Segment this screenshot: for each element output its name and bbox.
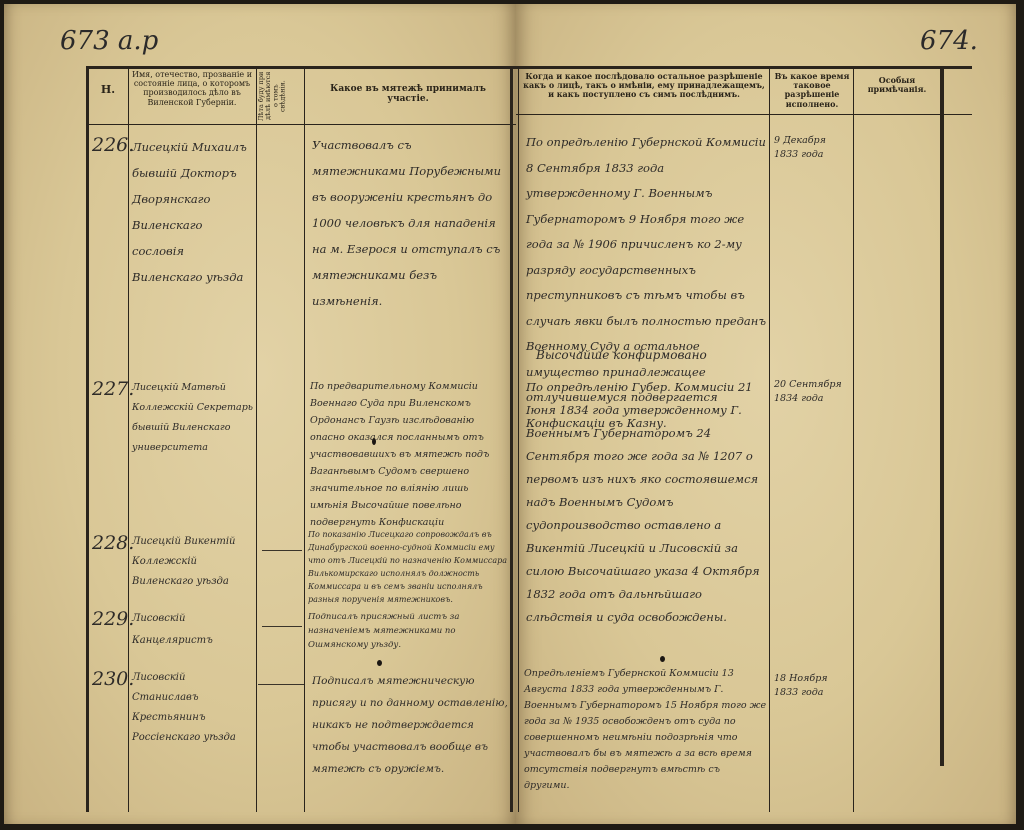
dash-mark: [262, 550, 302, 551]
header-notes: Особыя примѣчанія.: [856, 76, 938, 94]
entry-participation: По предварительному Коммисіи Военнаго Су…: [310, 378, 508, 531]
folio-right: 674.: [920, 26, 978, 56]
entry-number: 227.: [92, 378, 134, 400]
header-resolution: Когда и какое послѣдовало остальное разр…: [520, 72, 768, 100]
column-rule: [128, 66, 129, 812]
header-rotated-info: Лѣта буду при дѣлѣ имѣются о томъ свѣдѣн…: [258, 70, 302, 122]
header-top-rule: [516, 66, 972, 69]
entry-name: Лисецкій Михаилъ бывшій Докторъ Дворянск…: [132, 134, 254, 290]
column-rule: [304, 66, 305, 812]
header-bottom-rule: [86, 124, 516, 125]
header-participation: Какое въ мятежѣ принималъ участіе.: [308, 84, 508, 105]
header-executed: Въ какое время таковое разрѣшеніе исполн…: [772, 72, 852, 109]
entry-name: Лисецкій Матвѣй Коллежскій Секретарь быв…: [132, 378, 254, 458]
header-name: Имя, отечество, прозваніе и состояніе ли…: [130, 70, 254, 107]
folio-left: 673 a.p: [60, 26, 158, 56]
dash-mark: [262, 626, 302, 627]
entry-executed: 18 Ноября 1833 года: [774, 672, 852, 700]
entry-number: 229.: [92, 608, 134, 630]
header-bottom-rule: [516, 114, 972, 115]
entry-confirmation: Высочайше конфирмовано: [536, 342, 766, 368]
column-rule: [940, 66, 944, 766]
entry-participation: Участвовалъ съ мятежниками Порубежными в…: [312, 132, 508, 314]
entry-name: Лисецкій Викентій Коллежскій Виленскаго …: [132, 532, 254, 592]
header-number: Н.: [90, 84, 126, 97]
ink-spot: [377, 660, 382, 666]
entry-executed: 9 Декабря 1833 года: [774, 134, 852, 162]
column-rule: [256, 66, 257, 812]
ink-spot: [660, 656, 665, 662]
entry-number: 228.: [92, 532, 134, 554]
column-rule: [86, 66, 89, 812]
entry-participation: Подписалъ присяжный листъ за назначеніем…: [308, 610, 508, 652]
column-rule: [769, 66, 770, 812]
right-page: 674. Когда и какое послѣдовало остальное…: [516, 4, 1016, 824]
column-rule: [853, 66, 854, 812]
entry-participation: Подписалъ мятежническую присягу и по дан…: [312, 670, 508, 780]
entry-number: 226.: [92, 134, 134, 156]
entry-executed: 20 Сентября 1834 года: [774, 378, 852, 406]
column-rule: [510, 66, 513, 812]
dash-mark: [258, 684, 304, 685]
entry-resolution: Опредѣленіемъ Губернской Коммисіи 13 Авг…: [524, 666, 768, 794]
entry-participation: По показанію Лисецкаго сопровождалъ въ Д…: [308, 528, 508, 606]
ink-spot: [372, 438, 376, 445]
entry-resolution: По опредѣленію Губер. Коммисіи 21 Іюня 1…: [526, 376, 766, 629]
entry-number: 230.: [92, 668, 134, 690]
column-rule: [518, 66, 519, 812]
left-page: 673 a.p Н. Имя, отечество, прозваніе и с…: [4, 4, 516, 824]
entry-name: Лисовскій Канцеляристъ: [132, 608, 254, 652]
entry-name: Лисовскій Станиславъ Крестьянинъ Россіен…: [132, 668, 254, 748]
header-top-rule: [86, 66, 516, 69]
